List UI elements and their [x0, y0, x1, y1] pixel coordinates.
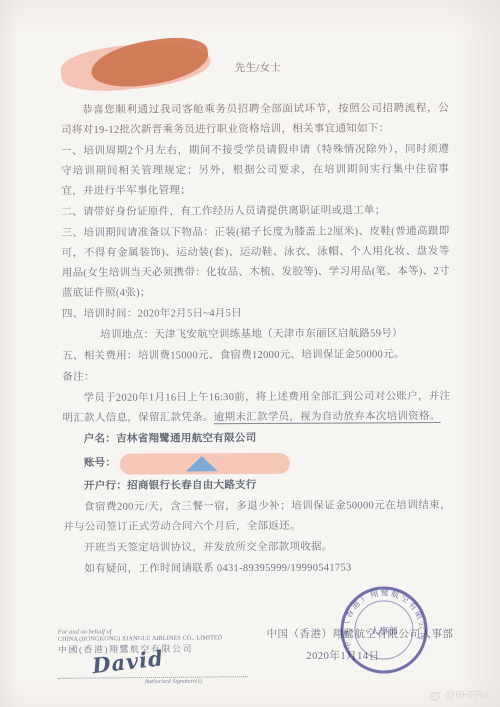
- account-number-redaction-blob: [120, 452, 290, 474]
- item-3-supplies: 三、培训期间请准备以下物品：正装(裙子长度为膝盖上2厘米)、皮鞋(普通高跟即可，…: [62, 222, 450, 304]
- seal-ring-text: 中国（香港）翔鹭航空有限公司: [341, 587, 428, 651]
- account-number-label: 账号：: [84, 454, 117, 474]
- intro-paragraph: 恭喜您顺利通过我司客舱乘务员招聘全部面试环节，按照公司招聘流程，公司将对19-1…: [61, 99, 449, 141]
- authorized-signature-caption: Authorized Signature(s): [98, 678, 248, 685]
- name-redaction-blob: [61, 40, 223, 93]
- item-4-training-time: 四、培训时间：2020年2月5日~4月5日: [62, 303, 450, 325]
- training-location-line: 培训地点：天津飞安航空训练基地（天津市东丽区启航路59号）: [62, 324, 450, 346]
- item-1-training-period: 一、培训周期2个月左右，期间不接受学员请假申请（特殊情况除外），同时须遵守培训期…: [61, 140, 449, 202]
- letter-body: 先生/女士 恭喜您顺利通过我司客舱乘务员招聘全部面试环节，按照公司招聘流程，公司…: [61, 37, 452, 581]
- agreement-note-line: 开班当天签定培训协议，并发放所交全部款项收据。: [63, 537, 451, 559]
- greeting-text: 先生/女士: [235, 59, 282, 79]
- remark-paragraph: 学员于2020年1月16日上午16:30前，将上述费用全部汇到公司对公账户，并注…: [62, 387, 450, 429]
- remark-underlined-text: 逾期未汇款学员，视为自动放弃本次培训资格。: [214, 411, 441, 423]
- item-5-fees: 五、相关费用：培训费15000元、食宿费12000元、培训保证金50000元。: [62, 345, 450, 367]
- company-seal: 中国（香港）翔鹭航空有限公司 人事部: [338, 584, 430, 676]
- bank-line: 开户行：招商银行长春自由大路支行: [63, 475, 451, 497]
- remarks-label: 备注：: [62, 366, 450, 388]
- item-2-id-documents: 二、请带好身份证原件，有工作经历人员请提供离职证明或退工单；: [61, 201, 449, 223]
- seal-center-text: 人事部: [370, 625, 397, 636]
- photo-watermark: @BHFRu: [429, 690, 488, 701]
- fee-note-paragraph: 食宿费200元/天，含三餐一宿，多退少补；培训保证金50000元在培训结束，并与…: [63, 496, 451, 538]
- weibo-watermark-icon: [429, 690, 442, 701]
- redaction-blob-stroke: [88, 33, 211, 92]
- blue-triangle-mark: [186, 456, 218, 471]
- account-number-row: 账号：: [63, 449, 451, 477]
- signature-block: For and on behalf of CHINA (HONGKONG) XI…: [58, 627, 248, 686]
- greeting-row: 先生/女士: [61, 37, 449, 95]
- scanned-letter-page: 先生/女士 恭喜您顺利通过我司客舱乘务员招聘全部面试环节，按照公司招聘流程，公司…: [0, 0, 500, 707]
- contact-note-line: 如有疑问，工作时间请联系 0431-89395999/19990541753: [63, 558, 451, 580]
- watermark-text: @BHFRu: [445, 690, 488, 701]
- svg-text:中国（香港）翔鹭航空有限公司: 中国（香港）翔鹭航空有限公司: [341, 587, 428, 651]
- signature-dotted-line: David: [58, 656, 248, 679]
- account-name-line: 户名：吉林省翔鹭通用航空有限公司: [63, 428, 451, 450]
